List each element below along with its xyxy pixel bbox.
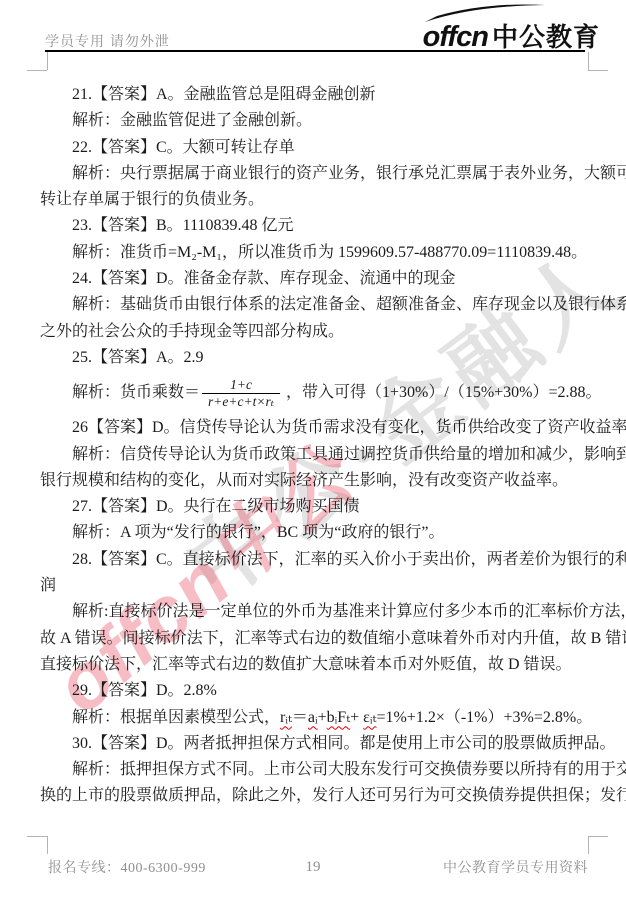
fraction-formula: 1+cr+e+c+t×rₜ — [202, 377, 280, 410]
offcn-logo: offcn 中公教育 — [423, 16, 600, 52]
text-run: 银行规模和结构的变化，从而对实际经济产生影响，没有改变资产收益率。 — [40, 472, 568, 489]
content-line: 21.【答案】A。金融监管总是阻碍金融创新 — [40, 82, 588, 108]
header-rule — [45, 50, 585, 52]
margin-mark-top-left — [27, 52, 48, 71]
content-line: 解析：货币乘数＝1+cr+e+c+t×rₜ ，带入可得（1+30%）/（15%+… — [40, 371, 588, 415]
text-run: 故 A 错误。间接标价法下，汇率等式右边的数值缩小意味着外币对内升值，故 B 错… — [40, 630, 626, 647]
content-line: 23.【答案】B。1110839.48 亿元 — [40, 213, 588, 239]
text-run: 29.【答案】D。2.8% — [72, 682, 217, 699]
text-run: 30.【答案】D。两者抵押担保方式相同。都是使用上市公司的股票做质押品。 — [72, 735, 616, 752]
content-line: 24.【答案】D。准备金存款、库存现金、流通中的现金 — [40, 266, 588, 292]
text-run: 22.【答案】C。大额可转让存单 — [72, 139, 295, 156]
text-run: 24.【答案】D。准备金存款、库存现金、流通中的现金 — [72, 270, 456, 287]
answers-body: 21.【答案】A。金融监管总是阻碍金融创新解析：金融监管促进了金融创新。22.【… — [40, 82, 588, 810]
document-page: { "header": { "confidential_label": "学员专… — [0, 0, 626, 903]
text-run: 润 — [40, 577, 56, 594]
text-run: 解析：信贷传导论认为货币政策工具通过调控货币供给量的增加和减少，影响到 — [72, 446, 626, 463]
spellcheck-flagged-term: aᵢ — [308, 709, 318, 726]
text-run: + — [318, 709, 327, 726]
text-run: 26【答案】D。信贷传导论认为货币需求没有变化，货币供给改变了资产收益率。 — [72, 419, 626, 436]
content-line: 解析:直接标价法是一定单位的外币为基准来计算应付多少本币的汇率标价方法， — [40, 599, 588, 625]
text-run: 换的上市的股票做质押品，除此之外，发行人还可另行为可交换债券提供担保；发行 — [40, 787, 626, 804]
text-run: 转让存单属于银行的负债业务。 — [40, 191, 264, 208]
spellcheck-flagged-term: εᵢₜ — [363, 709, 376, 726]
content-line: 解析：央行票据属于商业银行的资产业务，银行承兑汇票属于表外业务，大额可 — [40, 161, 588, 187]
text-run: 解析：央行票据属于商业银行的资产业务，银行承兑汇票属于表外业务，大额可 — [72, 165, 626, 182]
text-run: 解析：抵押担保方式不同。上市公司大股东发行可交换债券要以所持有的用于交 — [72, 761, 626, 778]
spellcheck-flagged-term: rᵢₜ — [280, 709, 292, 726]
content-line: 转让存单属于银行的负债业务。 — [40, 187, 588, 213]
text-run: 23.【答案】B。1110839.48 亿元 — [72, 217, 294, 234]
content-line: 29.【答案】D。2.8% — [40, 678, 588, 704]
content-line: 之外的社会公众的手持现金等四部分构成。 — [40, 319, 588, 345]
content-line: 故 A 错误。间接标价法下，汇率等式右边的数值缩小意味着外币对内升值，故 B 错… — [40, 626, 588, 652]
text-run: 解析：金融监管促进了金融创新。 — [72, 112, 312, 129]
confidential-label: 学员专用 请勿外泄 — [45, 31, 170, 51]
content-line: 换的上市的股票做质押品，除此之外，发行人还可另行为可交换债券提供担保；发行 — [40, 783, 588, 809]
spellcheck-flagged-term: bᵢFₜ — [327, 709, 350, 726]
logo-text-en: offcn — [423, 22, 488, 52]
text-run: ＝ — [292, 709, 308, 726]
logo-text-cn: 中公教育 — [492, 22, 600, 52]
logo-swoosh-icon — [417, 4, 547, 24]
page-footer: 报名专线：400-6300-999 19 中公教育学员专用资料 — [0, 854, 626, 880]
text-run: 21.【答案】A。金融监管总是阻碍金融创新 — [72, 86, 376, 103]
text-run: 解析：A 项为“发行的银行”，BC 项为“政府的银行”。 — [72, 524, 444, 541]
text-run: =1%+1.2×（-1%）+3%=2.8%。 — [376, 709, 592, 726]
margin-mark-bottom-right — [588, 836, 609, 855]
content-line: 解析：基础货币由银行体系的法定准备金、超额准备金、库存现金以及银行体系 — [40, 292, 588, 318]
text-run: 之外的社会公众的手持现金等四部分构成。 — [40, 323, 344, 340]
content-line: 25.【答案】A。2.9 — [40, 345, 588, 371]
content-line: 27.【答案】D。央行在二级市场购买国债 — [40, 494, 588, 520]
content-line: 解析：金融监管促进了金融创新。 — [40, 108, 588, 134]
content-line: 解析：A 项为“发行的银行”，BC 项为“政府的银行”。 — [40, 520, 588, 546]
text-run: 解析：根据单因素模型公式， — [72, 709, 280, 726]
content-line: 解析：根据单因素模型公式，rᵢₜ＝aᵢ+bᵢFₜ+ εᵢₜ=1%+1.2×（-1… — [40, 705, 588, 731]
text-run: ，带入可得（1+30%）/（15%+30%）=2.88。 — [282, 384, 602, 401]
content-line: 30.【答案】D。两者抵押担保方式相同。都是使用上市公司的股票做质押品。 — [40, 731, 588, 757]
text-run: 解析:直接标价法是一定单位的外币为基准来计算应付多少本币的汇率标价方法， — [72, 603, 626, 620]
text-run: 28.【答案】C。直接标价法下，汇率的买入价小于卖出价，两者差价为银行的利 — [72, 551, 626, 568]
text-run: + — [350, 709, 363, 726]
text-run: 解析：货币乘数＝ — [72, 384, 200, 401]
content-line: 22.【答案】C。大额可转让存单 — [40, 135, 588, 161]
text-run: 27.【答案】D。央行在二级市场购买国债 — [72, 498, 360, 515]
text-run: 解析：准货币=M₂-M₁，所以准货币为 1599609.57-488770.09… — [72, 244, 587, 261]
margin-mark-bottom-left — [27, 836, 48, 855]
text-run: 25.【答案】A。2.9 — [72, 349, 204, 366]
content-line: 解析：准货币=M₂-M₁，所以准货币为 1599609.57-488770.09… — [40, 240, 588, 266]
content-line: 28.【答案】C。直接标价法下，汇率的买入价小于卖出价，两者差价为银行的利 — [40, 547, 588, 573]
content-line: 直接标价法下，汇率等式右边的数值扩大意味着本币对外贬值，故 D 错误。 — [40, 652, 588, 678]
content-line: 银行规模和结构的变化，从而对实际经济产生影响，没有改变资产收益率。 — [40, 468, 588, 494]
content-line: 润 — [40, 573, 588, 599]
footer-brand-label: 中公教育学员专用资料 — [443, 857, 588, 877]
text-run: 解析：基础货币由银行体系的法定准备金、超额准备金、库存现金以及银行体系 — [72, 296, 626, 313]
margin-mark-top-right — [588, 52, 609, 71]
content-line: 26【答案】D。信贷传导论认为货币需求没有变化，货币供给改变了资产收益率。 — [40, 415, 588, 441]
content-line: 解析：抵押担保方式不同。上市公司大股东发行可交换债券要以所持有的用于交 — [40, 757, 588, 783]
content-line: 解析：信贷传导论认为货币政策工具通过调控货币供给量的增加和减少，影响到 — [40, 442, 588, 468]
text-run: 直接标价法下，汇率等式右边的数值扩大意味着本币对外贬值，故 D 错误。 — [40, 656, 572, 673]
